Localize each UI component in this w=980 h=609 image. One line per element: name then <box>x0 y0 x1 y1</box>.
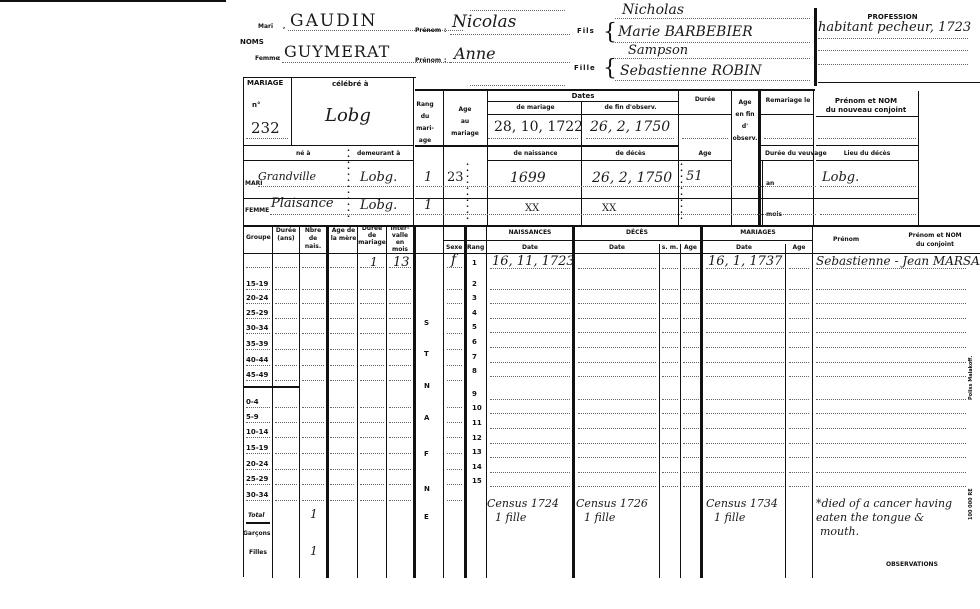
census-note: 1 fille <box>495 511 526 524</box>
filles-value: 1 <box>310 544 318 558</box>
groupe-label: 20-24 <box>246 460 268 468</box>
mari-prenom: Nicolas <box>452 12 516 32</box>
groupe-label: 0-4 <box>246 398 259 406</box>
enfants-vertical-letter: E <box>424 513 429 521</box>
mari-label: Mari <box>258 23 273 30</box>
fille-label: Fille <box>574 64 596 72</box>
de-deces-label: de décès <box>583 150 678 157</box>
rang-label-2: du <box>415 111 435 123</box>
child-1-mariage: 16, 1, 1737 <box>708 254 782 269</box>
de-naissance-label: de naissance <box>488 150 583 157</box>
groupe-label: 25-29 <box>246 475 268 483</box>
age-mere-header: Age de la mère <box>330 227 357 243</box>
duree-ans-header: Durée (ans) <box>273 227 299 243</box>
age-deces-label: Age <box>679 150 731 157</box>
de-mariage-label: de mariage <box>488 104 583 111</box>
child-1-sexe: f <box>451 252 456 268</box>
femme-label: Femme <box>255 55 280 62</box>
demeurant-label: demeurant à <box>357 150 400 157</box>
observations-label: OBSERVATIONS <box>886 561 938 568</box>
observation-line: eaten the tongue & <box>816 511 924 524</box>
first-intervalle: 13 <box>393 255 410 270</box>
census-note: Census 1724 <box>487 497 559 510</box>
age-fin-label-1: Age <box>732 97 758 109</box>
remariage-label: Remariage le <box>762 97 814 104</box>
enfants-vertical-letter: S <box>424 319 429 327</box>
nouveau-conjoint-label-2: du nouveau conjoint <box>816 106 916 115</box>
dates-label: Dates <box>488 92 678 100</box>
mari-lieu-deces: Lobg. <box>822 170 859 185</box>
rang-number: 14 <box>472 463 482 471</box>
enfants-vertical-letter: N <box>424 485 430 493</box>
fils-label: Fils <box>577 27 595 35</box>
rang-number: 12 <box>472 434 482 442</box>
femme-deces: XX <box>602 203 616 214</box>
deces-date-header: Date <box>576 244 658 251</box>
enfants-vertical-letter: N <box>424 382 430 390</box>
femme-row-label: FEMME <box>245 207 269 214</box>
mari-age-deces: 51 <box>686 169 703 184</box>
fille-brace: { <box>603 56 617 81</box>
conjoint-header-1: Prénom et NOM <box>890 231 980 240</box>
filles-label: Filles <box>249 549 267 556</box>
groupe-label: 30-34 <box>246 324 268 332</box>
mariage-date-header: Date <box>704 244 784 251</box>
census-note: 1 fille <box>584 511 615 524</box>
mari-demeurant: Lobg. <box>360 170 397 185</box>
femme-demeurant: Lobg. <box>360 198 397 213</box>
age-fin-label-4: observ. <box>732 133 758 145</box>
rang-number: 10 <box>472 404 482 412</box>
de-fin-label: de fin d'observ. <box>583 104 678 111</box>
fils-line-2: Marie BARBEBIER <box>618 24 753 40</box>
femme-rang: 1 <box>424 198 432 213</box>
rang-number: 7 <box>472 353 477 361</box>
mari-deces: 26, 2, 1750 <box>592 170 672 186</box>
groupe-label: 25-29 <box>246 309 268 317</box>
naissance-date-header: Date <box>488 244 572 251</box>
child-1-naissance: 16, 11, 1723 <box>492 254 575 269</box>
garcons-label: Garçons <box>243 530 270 537</box>
rang-label-1: Rang <box>415 99 435 111</box>
observation-line: mouth. <box>820 525 859 538</box>
rang-number: 1 <box>472 259 477 267</box>
mari-age-mariage: 23 <box>447 170 464 185</box>
child-1-conjoint: Sebastienne - Jean MARSAN <box>816 254 980 268</box>
ne-a-label: né à <box>296 150 310 157</box>
duree-mariage-header: Durée de mariage <box>358 225 386 246</box>
noms-label: NOMS <box>240 38 264 46</box>
census-note: 1 fille <box>714 511 745 524</box>
mariage-label: MARIAGE <box>247 79 283 87</box>
celebre-label: célébré à <box>332 80 368 88</box>
groupe-label: 20-24 <box>246 294 268 302</box>
first-duree-mariage: 1 <box>370 255 378 269</box>
groupe-label: 35-39 <box>246 340 268 348</box>
top-edge-bar <box>0 0 226 2</box>
mari-rang: 1 <box>424 170 432 185</box>
mari-ne-a: Grandville <box>258 170 316 183</box>
femme-prenom-label: Prénom <box>415 57 441 64</box>
femme-prenom: Anne <box>454 44 496 63</box>
print-run-mark: 100 000 RE <box>968 488 974 520</box>
total-value: 1 <box>310 507 318 521</box>
census-note: Census 1726 <box>576 497 648 510</box>
enfants-vertical-letter: F <box>424 450 429 458</box>
mariages-header: MARIAGES <box>704 229 812 236</box>
groupe-header: Groupe <box>246 234 271 241</box>
enfants-vertical-letter: T <box>424 350 429 358</box>
conjoint-header-2: du conjoint <box>890 240 980 249</box>
sm-header: s. m. <box>660 244 680 251</box>
rang-number: 2 <box>472 280 477 288</box>
rang-header: Rang <box>467 244 484 251</box>
observation-line: *died of a cancer having <box>816 497 952 510</box>
total-label: Total <box>248 512 264 519</box>
age-fin-label-3: d' <box>732 121 758 133</box>
rang-number: 4 <box>472 309 477 317</box>
fille-line-1: Sampson <box>628 43 688 58</box>
mariage-no-label: n° <box>252 101 260 109</box>
date-fin-observ: 26, 2, 1750 <box>590 119 670 135</box>
groupe-label: 10-14 <box>246 428 268 436</box>
nouveau-conjoint-label-1: Prénom et NOM <box>816 97 916 106</box>
rang-label-3: mari- <box>415 123 435 135</box>
lieu-deces-label: Lieu du décès <box>816 150 918 157</box>
groupe-label: 40-44 <box>246 356 268 364</box>
mari-nom: GAUDIN <box>290 11 377 31</box>
date-mariage: 28, 10, 1722 <box>494 119 583 135</box>
rang-number: 6 <box>472 338 477 346</box>
groupe-label: 15-19 <box>246 280 268 288</box>
age-label-1: Age <box>445 104 485 116</box>
rang-number: 8 <box>472 367 477 375</box>
rang-number: 11 <box>472 419 482 427</box>
naissances-header: NAISSANCES <box>488 229 572 236</box>
prenom-header: Prénom <box>833 236 859 243</box>
femme-ne-a: Plaisance <box>271 196 334 211</box>
groupe-label: 15-19 <box>246 444 268 452</box>
age-fin-label-2: en fin <box>732 109 758 121</box>
rang-number: 15 <box>472 477 482 485</box>
deces-header: DÉCÈS <box>576 229 698 236</box>
rang-number: 5 <box>472 323 477 331</box>
mari-naissance: 1699 <box>510 170 546 186</box>
fille-line-2: Sebastienne ROBIN <box>620 63 762 79</box>
mariage-number: 232 <box>251 119 280 137</box>
mari-prenom-label: Prénom <box>415 27 441 34</box>
sexe-header: Sexe <box>446 244 462 251</box>
celebre-value: Lobg <box>325 105 371 126</box>
groupe-label: 5-9 <box>246 413 259 421</box>
enfants-vertical-letter: A <box>424 414 429 422</box>
groupe-label: 45-49 <box>246 371 268 379</box>
nbre-nais-header: Nbre de nais. <box>300 227 326 251</box>
deces-age-header: Age <box>681 244 700 251</box>
intervalle-header: Inter-valle en mois <box>387 225 413 253</box>
profession-value: habitant pecheur, 1723 <box>818 20 971 35</box>
femme-nom: GUYMERAT <box>284 42 390 61</box>
mariage-age-header: Age <box>786 244 812 251</box>
printer-mark: Poliss Malakoff. <box>968 356 974 400</box>
groupe-label: 30-34 <box>246 491 268 499</box>
census-note: Census 1734 <box>706 497 778 510</box>
age-label-2: au <box>445 116 485 128</box>
rang-number: 13 <box>472 448 482 456</box>
duree-label: Durée <box>679 96 731 103</box>
rang-number: 3 <box>472 294 477 302</box>
rang-number: 9 <box>472 390 477 398</box>
fils-line-1: Nicholas <box>622 2 684 18</box>
femme-naissance: XX <box>525 203 539 214</box>
age-label-3: mariage <box>445 128 485 140</box>
